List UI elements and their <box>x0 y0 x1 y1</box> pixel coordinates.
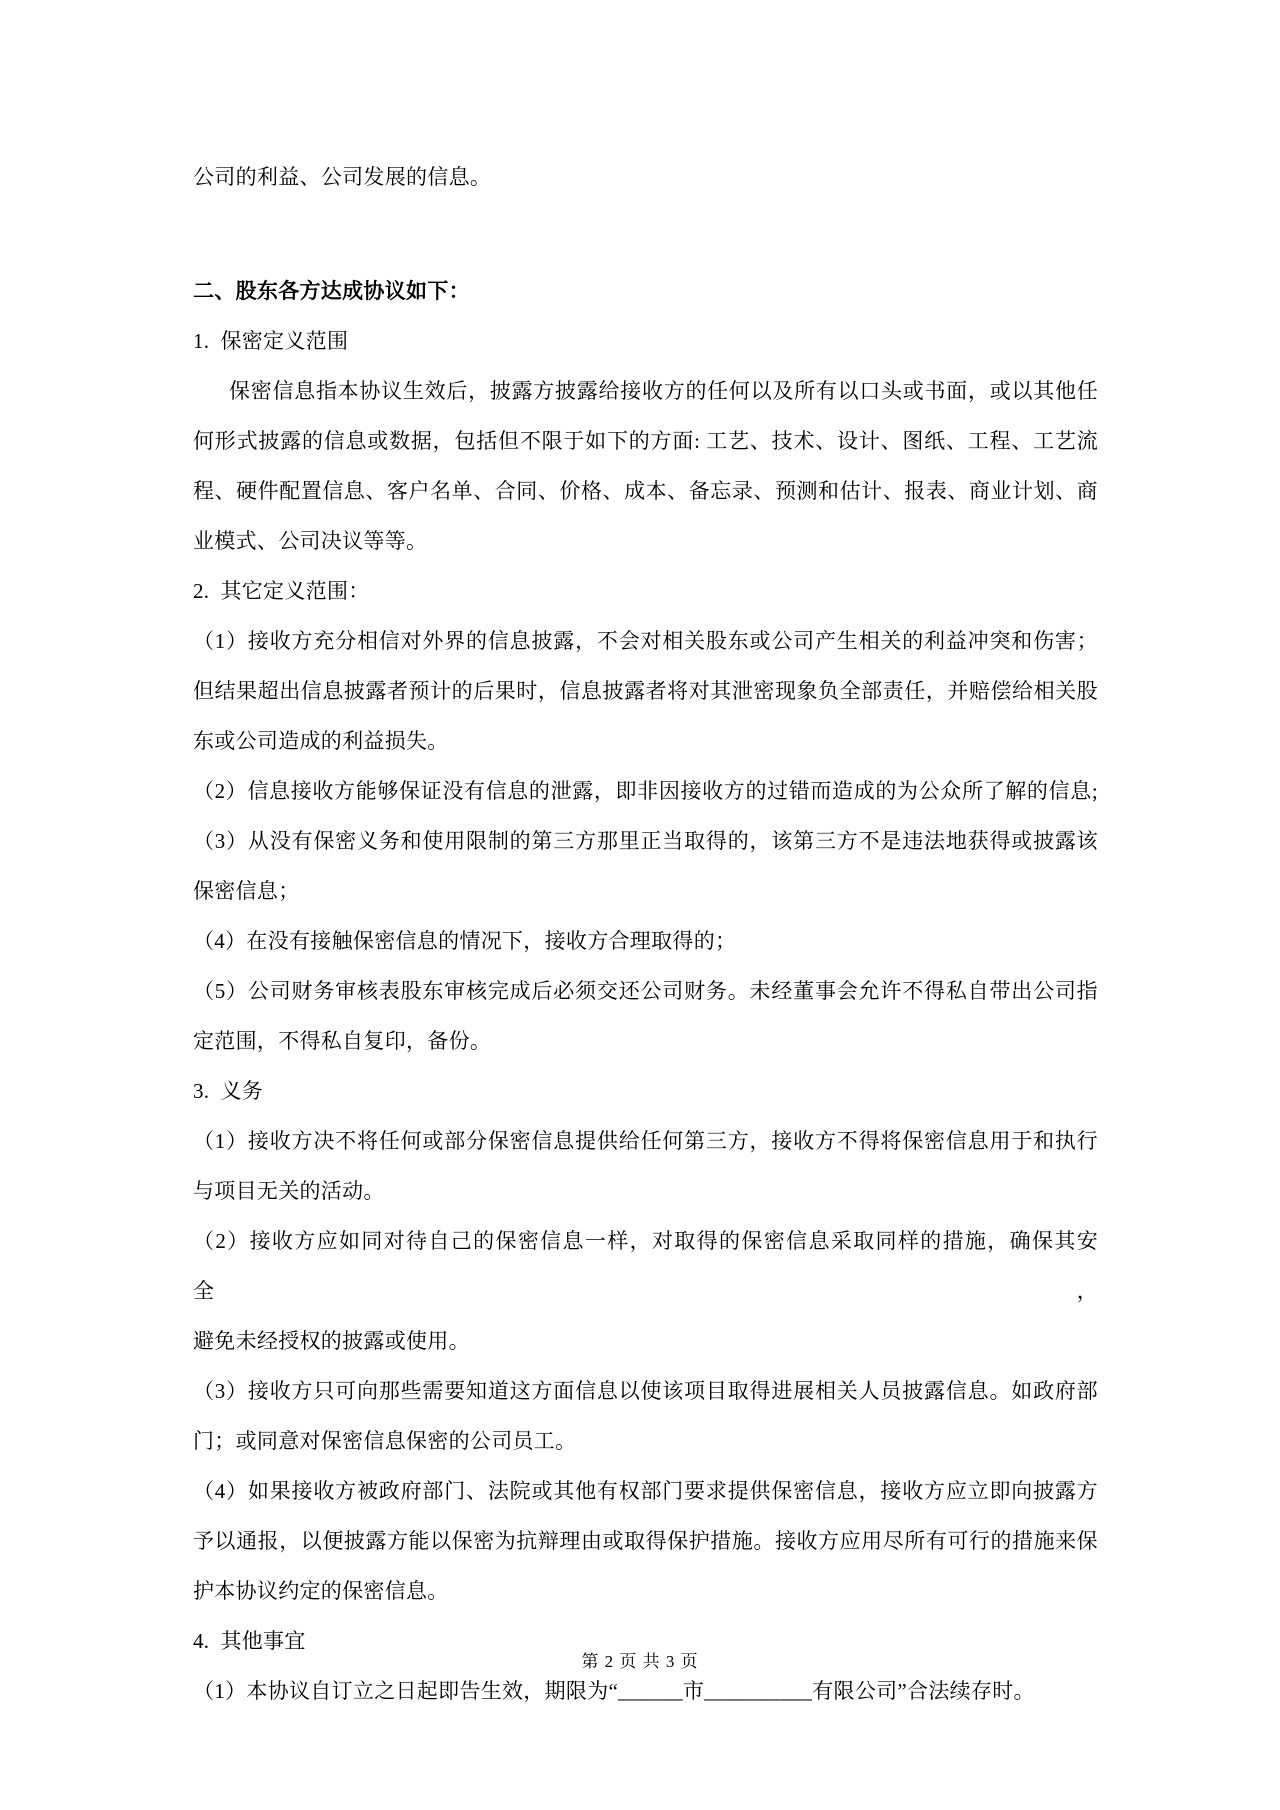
text-line: （2）信息接收方能够保证没有信息的泄露，即非因接收方的过错而造成的为公众所了解的… <box>193 766 1098 816</box>
text-line: （1）接收方充分相信对外界的信息披露，不会对相关股东或公司产生相关的利益冲突和伤… <box>193 616 1098 666</box>
text-line: 门；或同意对保密信息保密的公司员工。 <box>193 1416 1098 1466</box>
text-line: （2）接收方应如同对待自己的保密信息一样，对取得的保密信息采取同样的措施，确保其… <box>193 1216 1098 1316</box>
text-line: 保密信息； <box>193 866 1098 916</box>
text-line: 公司的利益、公司发展的信息。 <box>193 152 1098 202</box>
text-line: 护本协议约定的保密信息。 <box>193 1566 1098 1616</box>
text-line: 程、硬件配置信息、客户名单、合同、价格、成本、备忘录、预测和估计、报表、商业计划… <box>193 466 1098 516</box>
page-number: 第 2 页 共 3 页 <box>0 1650 1280 1674</box>
text-line: （1）接收方决不将任何或部分保密信息提供给任何第三方，接收方不得将保密信息用于和… <box>193 1116 1098 1166</box>
text-line: （3）接收方只可向那些需要知道这方面信息以使该项目取得进展相关人员披露信息。如政… <box>193 1366 1098 1416</box>
text-line: 定范围，不得私自复印，备份。 <box>193 1016 1098 1066</box>
text-line: （3）从没有保密义务和使用限制的第三方那里正当取得的，该第三方不是违法地获得或披… <box>193 816 1098 866</box>
text-line: 二、股东各方达成协议如下： <box>193 266 1098 316</box>
text-line: （5）公司财务审核表股东审核完成后必须交还公司财务。未经董事会允许不得私自带出公… <box>193 966 1098 1016</box>
text-line: 保密信息指本协议生效后，披露方披露给接收方的任何以及所有以口头或书面，或以其他任 <box>193 366 1098 416</box>
text-line: 予以通报，以便披露方能以保密为抗辩理由或取得保护措施。接收方应用尽所有可行的措施… <box>193 1516 1098 1566</box>
text-line: 避免未经授权的披露或使用。 <box>193 1316 1098 1366</box>
document-page: 公司的利益、公司发展的信息。二、股东各方达成协议如下：1. 保密定义范围保密信息… <box>0 0 1280 1810</box>
text-line: 2. 其它定义范围： <box>193 566 1098 616</box>
text-line: 3. 义务 <box>193 1066 1098 1116</box>
document-body: 公司的利益、公司发展的信息。二、股东各方达成协议如下：1. 保密定义范围保密信息… <box>193 152 1098 1716</box>
text-line: 业模式、公司决议等等。 <box>193 516 1098 566</box>
text-line: 何形式披露的信息或数据，包括但不限于如下的方面: 工艺、技术、设计、图纸、工程、… <box>193 416 1098 466</box>
text-line: 1. 保密定义范围 <box>193 316 1098 366</box>
text-line: （4）在没有接触保密信息的情况下，接收方合理取得的； <box>193 916 1098 966</box>
text-line: 但结果超出信息披露者预计的后果时，信息披露者将对其泄密现象负全部责任，并赔偿给相… <box>193 666 1098 716</box>
text-line: （4）如果接收方被政府部门、法院或其他有权部门要求提供保密信息，接收方应立即向披… <box>193 1466 1098 1516</box>
text-line: 与项目无关的活动。 <box>193 1166 1098 1216</box>
text-line: 东或公司造成的利益损失。 <box>193 716 1098 766</box>
